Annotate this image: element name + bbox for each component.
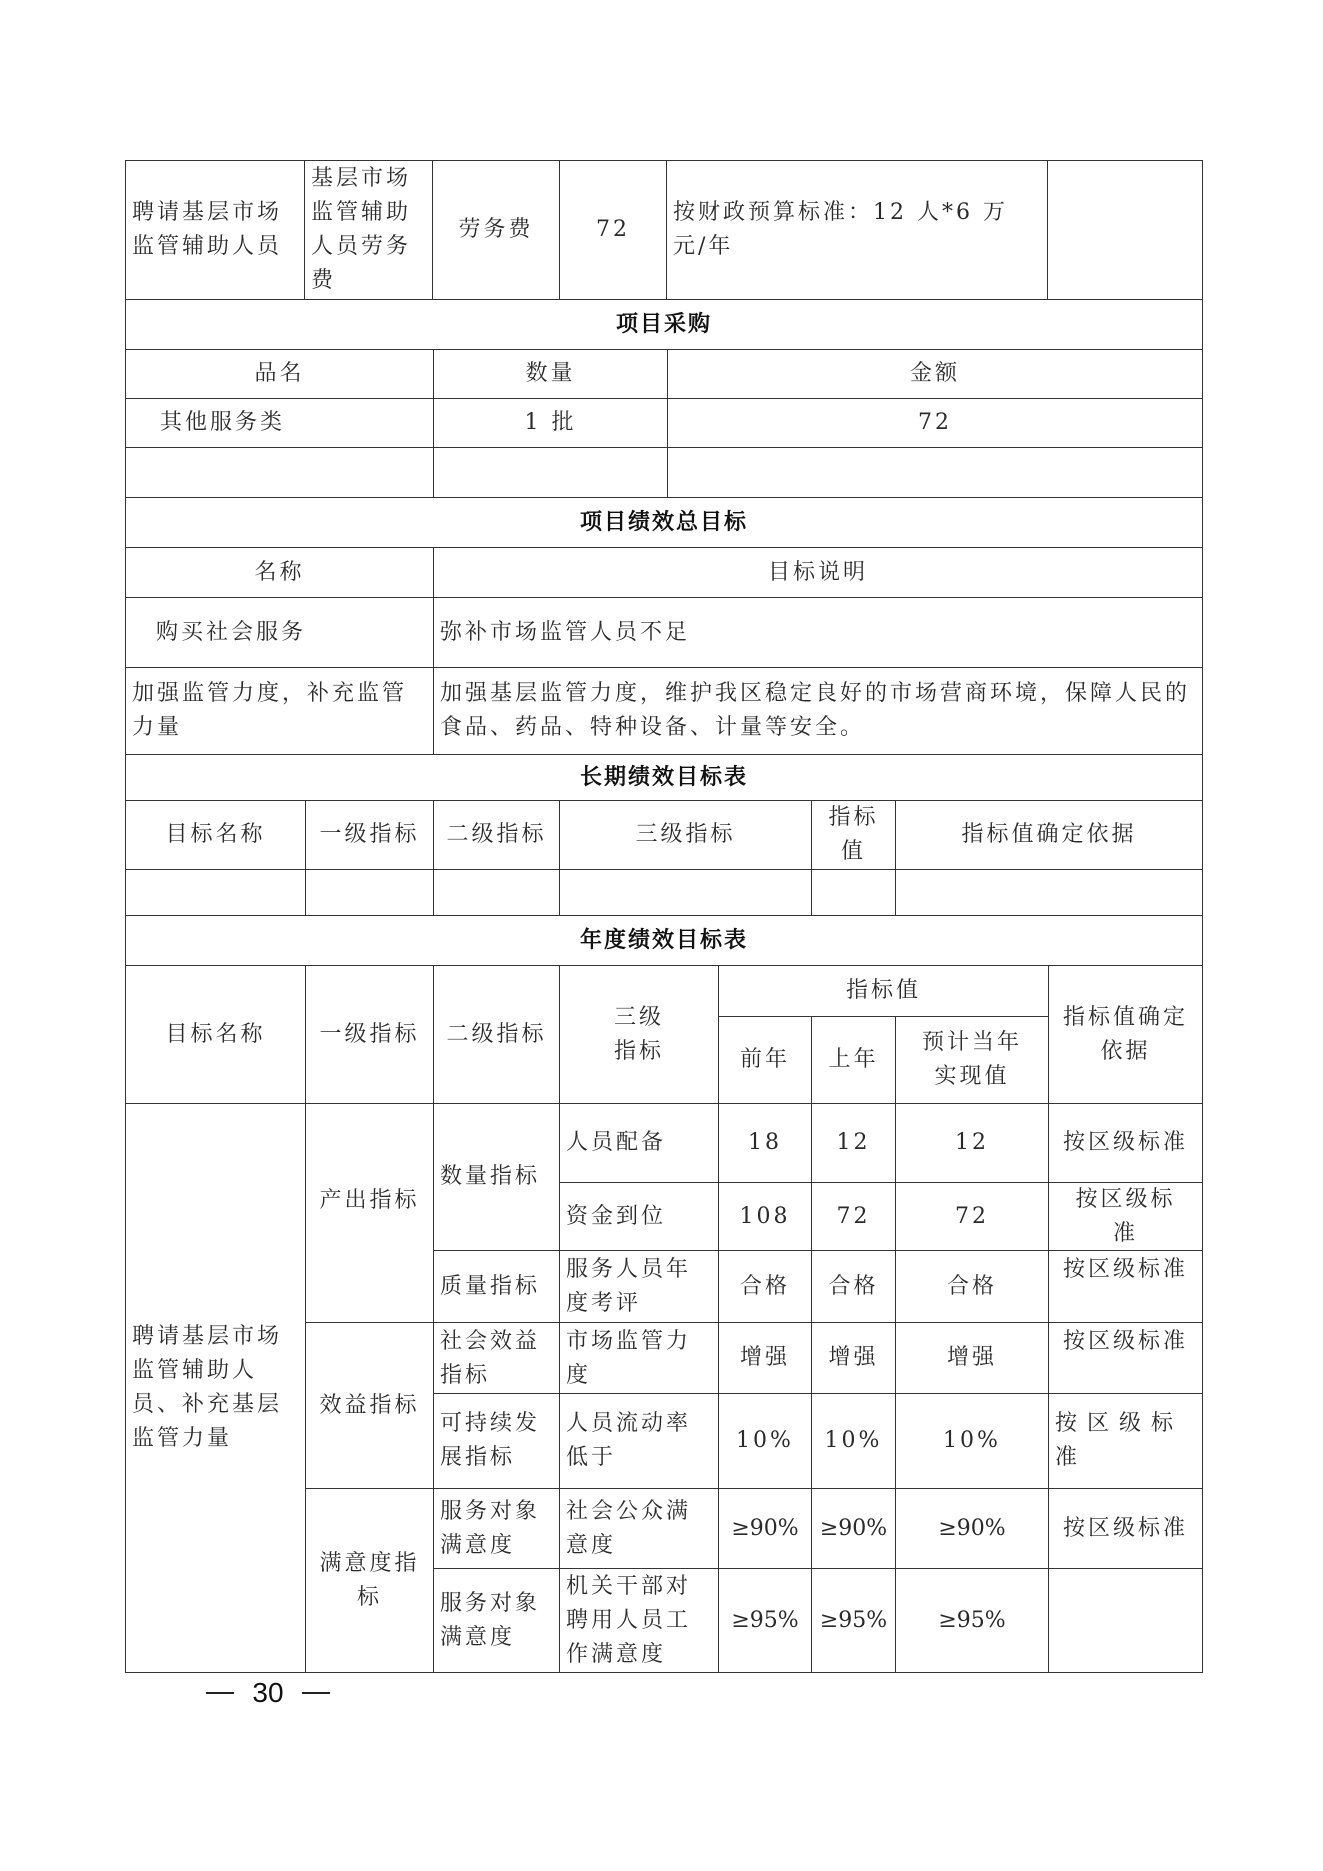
annual-header-last: 上年: [811, 1016, 896, 1104]
annual-row-4-basis: 按区级标准: [1048, 1322, 1203, 1394]
annual-row-2-expected: 72: [895, 1182, 1049, 1251]
annual-row-5-expected: 10%: [895, 1393, 1049, 1489]
long-term-title: 长期绩效目标表: [125, 754, 1203, 801]
annual-header-prev: 前年: [718, 1016, 812, 1104]
annual-row-7-prev: ≥95%: [718, 1568, 812, 1673]
expense-note-cell: [1047, 160, 1203, 300]
annual-row-2-last: 72: [811, 1182, 896, 1251]
procurement-header-name: 品名: [125, 349, 434, 399]
overall-goal-name-2: 加强监管力度，补充监管力量: [125, 667, 434, 755]
annual-header-value-group: 指标值: [718, 965, 1049, 1017]
annual-row-5-basis: 按区级标准: [1048, 1393, 1203, 1489]
annual-row-1-basis: 按区级标准: [1048, 1103, 1203, 1183]
page-number-text: 30: [252, 1677, 283, 1709]
expense-amount: 72: [596, 213, 630, 247]
procurement-empty-amount: [667, 447, 1203, 498]
expense-project: 聘请基层市场监管辅助人员: [132, 196, 298, 264]
expense-item-cell: 基层市场监管辅助人员劳务费: [304, 160, 433, 300]
annual-row-4-last: 增强: [811, 1322, 896, 1394]
long-term-header-l3: 三级指标: [559, 800, 812, 870]
long-term-empty-goal: [125, 869, 306, 916]
annual-row-3-last: 合格: [811, 1250, 896, 1323]
dash-right: [302, 1692, 330, 1694]
overall-goal-name-1: 购买社会服务: [125, 597, 434, 668]
dash-left: [206, 1692, 234, 1694]
expense-category: 劳务费: [458, 213, 533, 247]
long-term-empty-l2: [433, 869, 560, 916]
annual-row-5-level3: 人员流动率低于: [559, 1393, 719, 1489]
procurement-empty-name: [125, 447, 434, 498]
overall-goals-header-desc: 目标说明: [433, 547, 1203, 598]
annual-level1-satisfaction: 满意度指标: [305, 1488, 434, 1673]
annual-row-7-last: ≥95%: [811, 1568, 896, 1673]
annual-row-4-prev: 增强: [718, 1322, 812, 1394]
annual-row-6-level3: 社会公众满意度: [559, 1488, 719, 1569]
annual-header-l1: 一级指标: [305, 965, 434, 1104]
annual-row-6-basis: 按区级标准: [1048, 1488, 1203, 1569]
annual-level2-quality: 质量指标: [433, 1250, 560, 1323]
overall-goals-title: 项目绩效总目标: [125, 497, 1203, 548]
expense-basis: 按财政预算标准：12 人*6 万元/年: [673, 196, 1041, 264]
annual-title: 年度绩效目标表: [125, 915, 1203, 966]
long-term-empty-l3: [559, 869, 812, 916]
annual-row-7-level3: 机关干部对聘用人员工作满意度: [559, 1568, 719, 1673]
annual-goal-name: 聘请基层市场监管辅助人员、补充基层监管力量: [125, 1103, 306, 1673]
annual-row-3-level3: 服务人员年度考评: [559, 1250, 719, 1323]
annual-row-3-basis: 按区级标准: [1048, 1250, 1203, 1323]
long-term-empty-basis: [895, 869, 1203, 916]
annual-row-7-basis: [1048, 1568, 1203, 1673]
annual-header-goal: 目标名称: [125, 965, 306, 1104]
annual-row-1-last: 12: [811, 1103, 896, 1183]
expense-category-cell: 劳务费: [432, 160, 560, 300]
annual-header-l3: 三级指标: [559, 965, 719, 1104]
annual-row-6-expected: ≥90%: [895, 1488, 1049, 1569]
annual-row-2-level3: 资金到位: [559, 1182, 719, 1251]
annual-row-5-prev: 10%: [718, 1393, 812, 1489]
long-term-header-l2: 二级指标: [433, 800, 560, 870]
annual-row-3-prev: 合格: [718, 1250, 812, 1323]
annual-row-1-level3: 人员配备: [559, 1103, 719, 1183]
annual-level1-benefit: 效益指标: [305, 1322, 434, 1489]
procurement-title: 项目采购: [125, 299, 1203, 350]
procurement-row-name: 其他服务类: [125, 398, 434, 448]
overall-goal-desc-1: 弥补市场监管人员不足: [433, 597, 1203, 668]
annual-row-4-level3: 市场监管力度: [559, 1322, 719, 1394]
procurement-header-amount: 金额: [667, 349, 1203, 399]
procurement-header-qty: 数量: [433, 349, 668, 399]
overall-goal-desc-2: 加强基层监管力度，维护我区稳定良好的市场营商环境，保障人民的食品、药品、特种设备…: [433, 667, 1203, 755]
annual-level2-social: 社会效益指标: [433, 1322, 560, 1394]
page-number: 30: [206, 1676, 330, 1710]
long-term-empty-value: [811, 869, 896, 916]
annual-level2-satisfaction-2: 服务对象满意度: [433, 1568, 560, 1673]
procurement-row-qty: 1 批: [433, 398, 668, 448]
annual-row-1-expected: 12: [895, 1103, 1049, 1183]
long-term-header-basis: 指标值确定依据: [895, 800, 1203, 870]
annual-row-2-prev: 108: [718, 1182, 812, 1251]
annual-row-1-prev: 18: [718, 1103, 812, 1183]
annual-header-basis: 指标值确定依据: [1048, 965, 1203, 1104]
annual-level1-output: 产出指标: [305, 1103, 434, 1323]
annual-level2-satisfaction-1: 服务对象满意度: [433, 1488, 560, 1569]
expense-project-cell: 聘请基层市场监管辅助人员: [125, 160, 305, 300]
annual-header-expected: 预计当年实现值: [895, 1016, 1049, 1104]
expense-amount-cell: 72: [559, 160, 667, 300]
procurement-row-amount: 72: [667, 398, 1203, 448]
long-term-empty-l1: [305, 869, 434, 916]
annual-row-4-expected: 增强: [895, 1322, 1049, 1394]
annual-row-6-prev: ≥90%: [718, 1488, 812, 1569]
long-term-header-goal: 目标名称: [125, 800, 306, 870]
annual-row-5-last: 10%: [811, 1393, 896, 1489]
long-term-header-value: 指标值: [811, 800, 896, 870]
annual-row-3-expected: 合格: [895, 1250, 1049, 1323]
overall-goals-header-name: 名称: [125, 547, 434, 598]
annual-level2-sustainable: 可持续发展指标: [433, 1393, 560, 1489]
annual-level2-quantity: 数量指标: [433, 1103, 560, 1251]
annual-row-6-last: ≥90%: [811, 1488, 896, 1569]
expense-basis-cell: 按财政预算标准：12 人*6 万元/年: [666, 160, 1048, 300]
procurement-empty-qty: [433, 447, 668, 498]
annual-row-7-expected: ≥95%: [895, 1568, 1049, 1673]
annual-row-2-basis: 按区级标准: [1048, 1182, 1203, 1251]
long-term-header-l1: 一级指标: [305, 800, 434, 870]
annual-header-l2: 二级指标: [433, 965, 560, 1104]
expense-item: 基层市场监管辅助人员劳务费: [311, 162, 426, 298]
